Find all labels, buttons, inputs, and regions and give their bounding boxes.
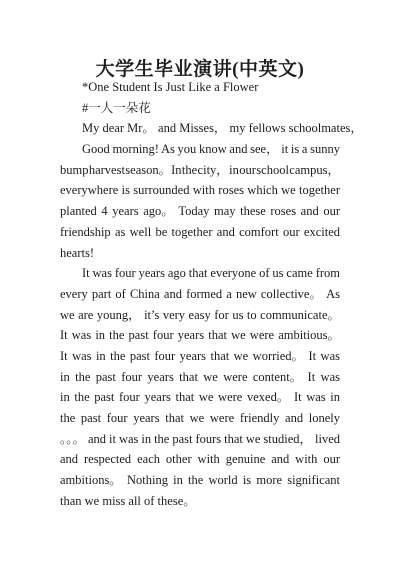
text-line: It was in the past four years that we wo… [60, 346, 340, 367]
document-page: 大学生毕业演讲(中英文) *One Student Is Just Like a… [0, 0, 400, 565]
text-line: It was in the past four years that we we… [60, 325, 340, 346]
text-line: and respected each other with genuine an… [60, 449, 340, 470]
text-line: It was four years ago that everyone of u… [60, 263, 340, 284]
text-line: than we miss all of these。 [60, 491, 340, 512]
text-line: Good morning! As you know and see， it is… [60, 139, 340, 160]
text-line: bump harvest season。In the city， in our … [60, 160, 340, 181]
text-line: ambitions。 Nothing in the world is more … [60, 470, 340, 491]
text-line: 。。。 and it was in the past fours that we… [60, 429, 340, 450]
text-line: *One Student Is Just Like a Flower [60, 77, 340, 98]
text-block: *One Student Is Just Like a Flower#一人一朵花… [60, 77, 340, 511]
text-line: My dear Mr。 and Misses， my fellows schoo… [60, 118, 340, 139]
text-line: everywhere is surrounded with roses whic… [60, 180, 340, 201]
text-line: in the past four years that we were vexe… [60, 387, 340, 408]
text-line: the past four years that we were friendl… [60, 408, 340, 429]
text-line: #一人一朵花 [60, 98, 340, 119]
text-line: hearts! [60, 243, 340, 264]
text-line: in the past four years that we were cont… [60, 367, 340, 388]
text-line: we are young， it’s very easy for us to c… [60, 305, 340, 326]
text-line: every part of China and formed a new col… [60, 284, 340, 305]
text-line: planted 4 years ago。 Today may these ros… [60, 201, 340, 222]
text-line: friendship as well be together and comfo… [60, 222, 340, 243]
